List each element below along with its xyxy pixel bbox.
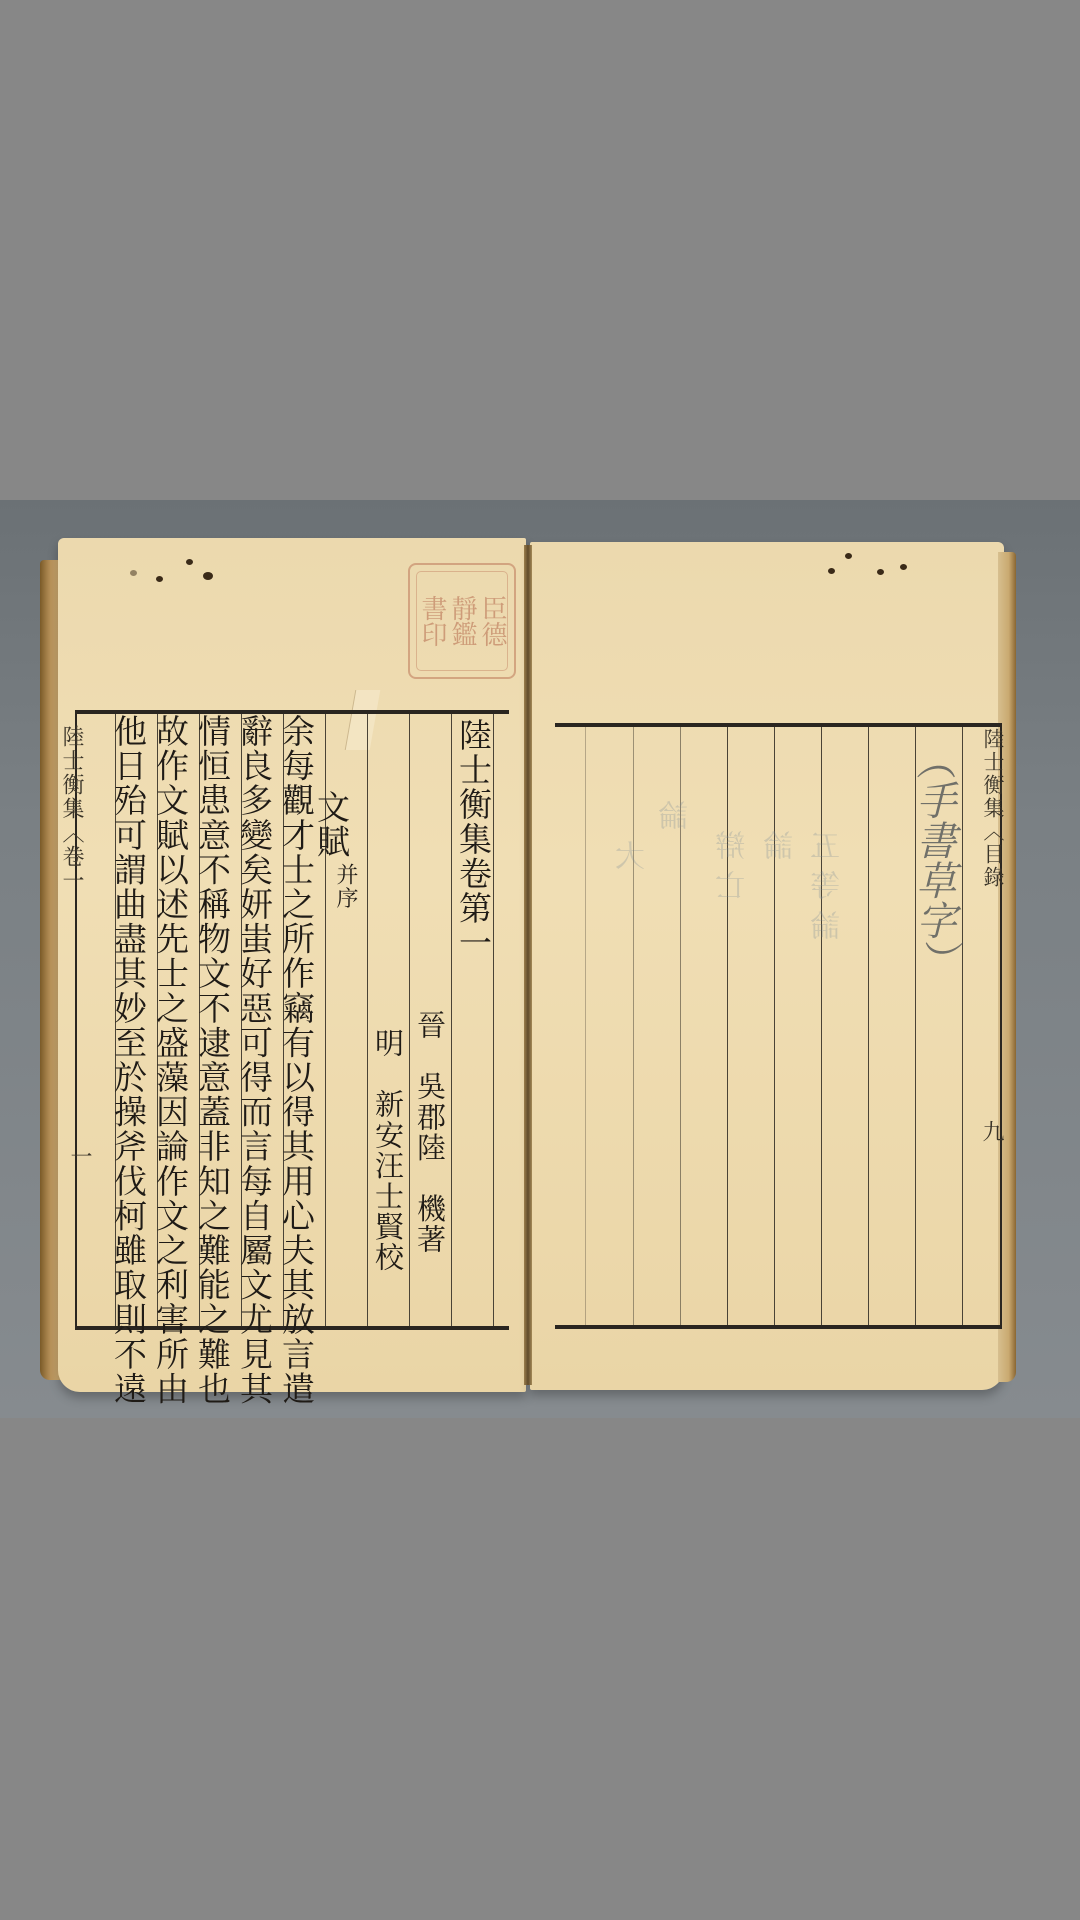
seal-column: 靜鑑 bbox=[449, 595, 475, 647]
left-margin-page-number: 一 bbox=[64, 1145, 95, 1169]
section-heading: 文賦 bbox=[315, 790, 348, 859]
column-rule bbox=[727, 727, 728, 1325]
volume-title: 陸士衡集卷第一 bbox=[457, 718, 490, 960]
wormhole bbox=[130, 570, 137, 576]
wormhole bbox=[156, 576, 163, 582]
author-line: 晉 吳郡陸 機著 bbox=[415, 1010, 444, 1255]
column-rule bbox=[868, 727, 869, 1325]
show-through-text: 等 bbox=[807, 870, 851, 900]
column-rule bbox=[633, 727, 634, 1325]
editor-line: 明 新安汪士賢校 bbox=[373, 1028, 402, 1273]
column-rule bbox=[774, 727, 775, 1325]
column-rule bbox=[409, 714, 410, 1326]
show-through-text: 論 bbox=[760, 830, 804, 860]
seal-column: 臣德 bbox=[479, 595, 505, 647]
collector-seal: 臣德 靜鑑 書印 bbox=[408, 563, 516, 679]
wormhole bbox=[877, 569, 884, 575]
body-column-1: 余每觀才士之所作竊有以得其用心夫其放言遣 bbox=[280, 714, 313, 1406]
seal-column: 書印 bbox=[419, 595, 445, 647]
show-through-text: 辯 bbox=[712, 830, 756, 860]
body-column-3: 情恒患意不稱物文不逮意蓋非知之難能之難也 bbox=[196, 714, 229, 1406]
handwritten-annotation: （手書草字） bbox=[905, 740, 962, 980]
column-rule bbox=[493, 714, 494, 1326]
show-through-text: 五 bbox=[807, 830, 851, 860]
right-margin-title: 陸士衡集〈目錄 bbox=[978, 728, 1008, 889]
right-margin-page-number: 九 bbox=[976, 1120, 1007, 1144]
wormhole bbox=[186, 559, 193, 565]
column-rule bbox=[962, 727, 963, 1325]
column-rule bbox=[821, 727, 822, 1325]
wormhole bbox=[828, 568, 835, 574]
book-gutter bbox=[524, 545, 532, 1385]
wormhole bbox=[845, 553, 852, 559]
section-note: 并序 bbox=[334, 863, 356, 910]
column-rule bbox=[451, 714, 452, 1326]
show-through-text: 論 bbox=[807, 910, 851, 940]
column-rule bbox=[367, 714, 368, 1326]
wormhole bbox=[900, 564, 907, 570]
show-through-text: 大 bbox=[612, 840, 656, 870]
show-through-text: 亡 bbox=[712, 870, 756, 900]
wormhole bbox=[203, 572, 213, 580]
column-rule bbox=[585, 727, 586, 1325]
show-through-text: 論 bbox=[655, 800, 699, 830]
left-margin-title: 陸士衡集〈卷一 bbox=[56, 725, 87, 893]
body-column-5: 他日殆可謂曲盡其妙至於操斧伐柯雖取則不遠 bbox=[112, 714, 145, 1406]
body-column-2: 辭良多變矣妍蚩好惡可得而言每自屬文尤見其 bbox=[238, 714, 271, 1406]
body-column-4: 故作文賦以述先士之盛藻因論作文之利害所由 bbox=[154, 714, 187, 1406]
